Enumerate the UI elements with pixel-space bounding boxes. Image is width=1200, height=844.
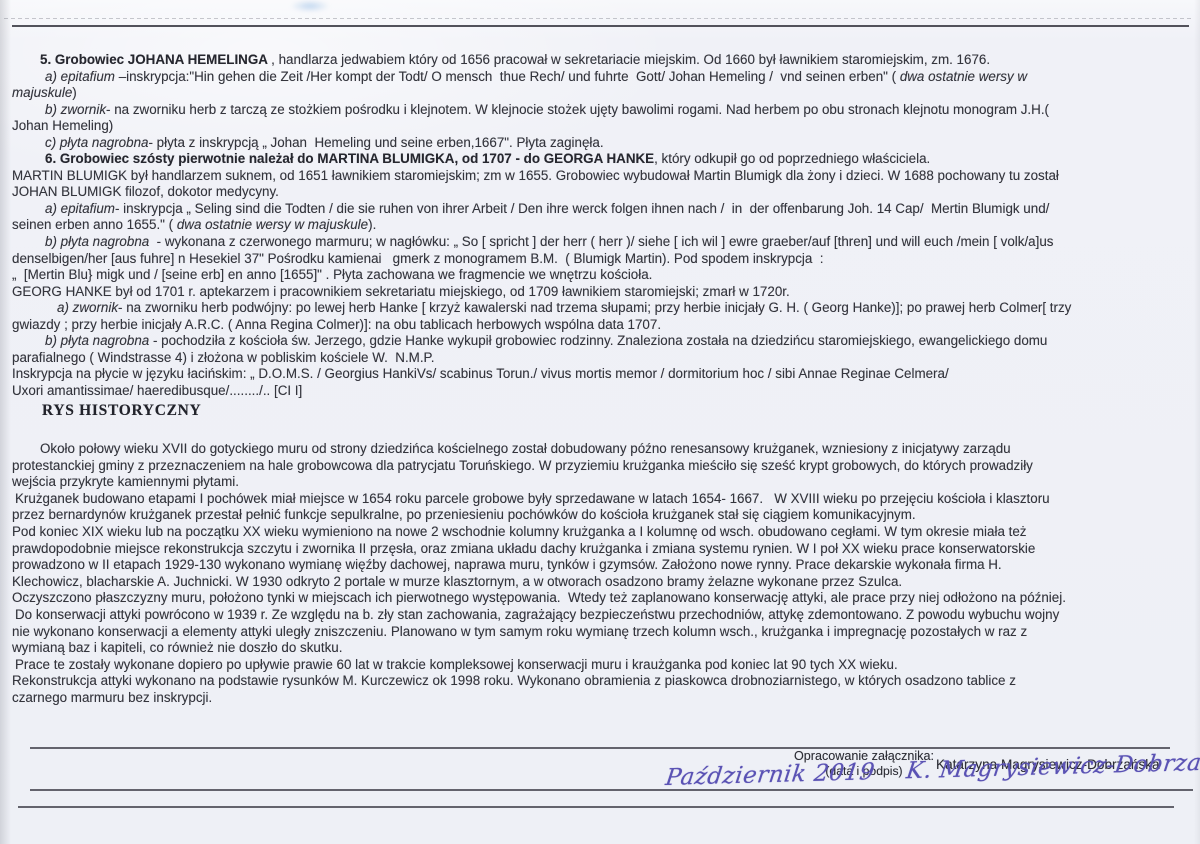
- text-line: 6. Grobowiec szósty pierwotnie należał d…: [12, 151, 1196, 168]
- grave-descriptions-section: 5. Grobowiec JOHANA HEMELINGA , handlarz…: [12, 52, 1196, 399]
- text-line: Inskrypcja na płycie w języku łacińskim:…: [12, 366, 1196, 383]
- text-line: a) epitafium –inskrypcja:"Hin gehen die …: [12, 69, 1196, 86]
- text-line: majuskule): [12, 85, 1196, 102]
- scan-edge-shadow-left: [0, 0, 11, 844]
- text-line: Oczyszczono płaszczyzny muru, położono t…: [12, 590, 1196, 607]
- text-line: JOHAN BLUMIGK filozof, dokotor medycyny.: [12, 184, 1196, 201]
- text-line: prowadzono w II etapach 1929-130 wykonan…: [12, 557, 1196, 574]
- text-line: Około połowy wieku XVII do gotyckiego mu…: [12, 441, 1196, 458]
- top-solid-rule: [12, 25, 1189, 27]
- text-line: Prace te zostały wykonane dopiero po upł…: [12, 657, 1196, 674]
- text-line: GEORG HANKE był od 1701 r. aptekarzem i …: [12, 284, 1196, 301]
- text-line: Uxori amantissimae/ haeredibusque/......…: [12, 383, 1196, 400]
- text-line: Klechowicz, blacharskie A. Juchnicki. W …: [12, 574, 1196, 591]
- text-line: Pod koniec XIX wieku lub na początku XX …: [12, 524, 1196, 541]
- text-line: Krużganek budowano etapami I pochówek mi…: [12, 491, 1196, 508]
- text-line: denselbigen/her [aus fuhre] n Hesekiel 3…: [12, 251, 1196, 268]
- text-line: czarnego marmuru bez inskrypcji.: [12, 690, 1196, 707]
- text-line: Johan Hemeling): [12, 118, 1196, 135]
- text-line: wymianą baz i kapiteli, co również nie d…: [12, 640, 1196, 657]
- text-line: c) płyta nagrobna- płyta z inskrypcją „ …: [12, 135, 1196, 152]
- text-line: b) płyta nagrobna - wykonana z czerwoneg…: [12, 234, 1196, 251]
- historical-outline-section: Około połowy wieku XVII do gotyckiego mu…: [12, 441, 1196, 707]
- text-line: 5. Grobowiec JOHANA HEMELINGA , handlarz…: [12, 52, 1196, 69]
- text-line: nie wykonano konserwacji a elementy atty…: [12, 624, 1196, 641]
- text-line: „ [Mertin Blu} migk und / [seine erb] en…: [12, 267, 1196, 284]
- text-line: b) zwornik- na zworniku herb z tarczą ze…: [12, 102, 1196, 119]
- text-line: Do konserwacji attyki powrócono w 1939 r…: [12, 607, 1196, 624]
- top-dashed-rule: [4, 18, 1192, 19]
- section-heading: RYS HISTORYCZNY: [42, 402, 201, 420]
- footer-rule-bottom: [18, 806, 1174, 808]
- text-line: gwiazdy ; przy herbie inicjały A.R.C. ( …: [12, 317, 1196, 334]
- scan-artifact-smudge: [290, 0, 330, 12]
- text-line: seinen erben anno 1655." ( dwa ostatnie …: [12, 217, 1196, 234]
- text-line: protestanckiej gminy z przeznaczeniem na…: [12, 458, 1196, 475]
- scanned-page: 5. Grobowiec JOHANA HEMELINGA , handlarz…: [0, 0, 1200, 844]
- text-line: MARTIN BLUMIGK był handlarzem suknem, od…: [12, 168, 1196, 185]
- text-line: a) zwornik- na zworniku herb podwójny: p…: [12, 300, 1196, 317]
- handwritten-name: K. Magrysiewicz-Dobrzańska: [905, 748, 1200, 784]
- handwritten-date: Październik 2019: [664, 759, 876, 791]
- text-line: parafialnego ( Windstrasse 4) i złożona …: [12, 350, 1196, 367]
- footer-rule-middle: [30, 789, 1193, 791]
- text-line: a) epitafium- inskrypcja „ Seling sind d…: [12, 201, 1196, 218]
- footer-rule-top: [30, 747, 1170, 749]
- text-line: Rekonstrukcja attyki wykonano na podstaw…: [12, 673, 1196, 690]
- text-line: prawdopodobnie miejsce rekonstrukcja szc…: [12, 541, 1196, 558]
- text-line: przez bernardynów krużganek przestał peł…: [12, 507, 1196, 524]
- text-line: wejścia przykryte kamiennymi płytami.: [12, 474, 1196, 491]
- text-line: b) płyta nagrobna - pochodziła z kościoł…: [12, 333, 1196, 350]
